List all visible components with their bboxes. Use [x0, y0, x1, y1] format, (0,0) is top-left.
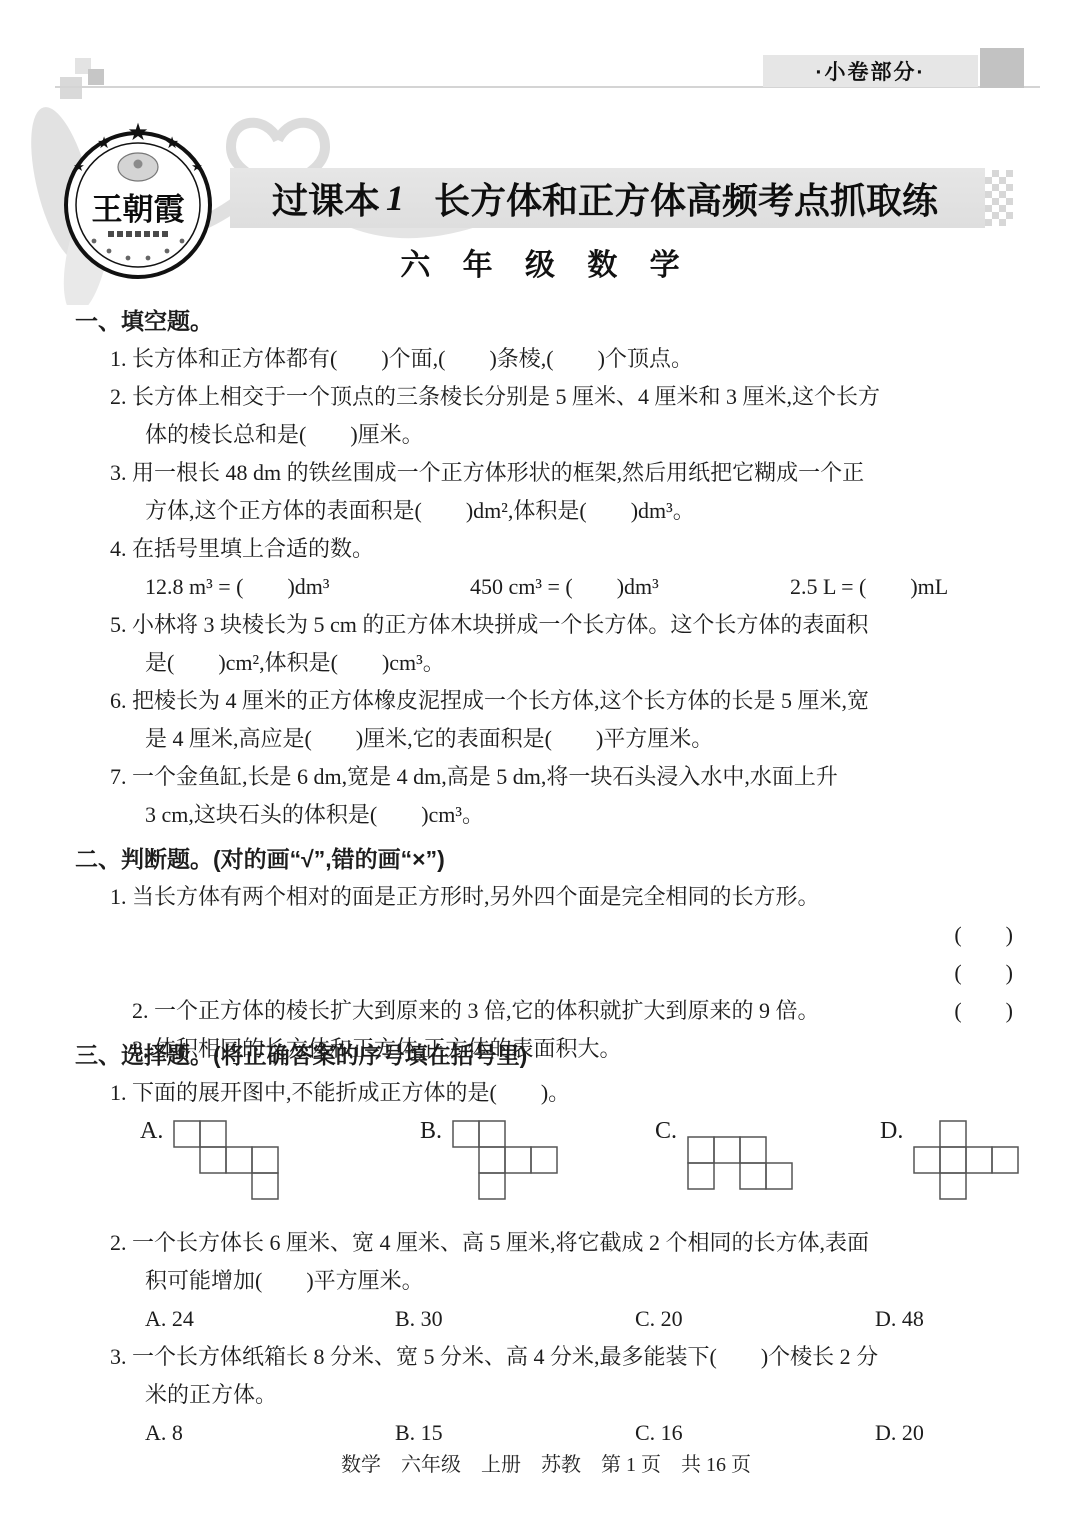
- corner-square-icon: [88, 69, 104, 85]
- option-c: C. 20: [635, 1300, 875, 1338]
- seal-brand-text: 王朝霞: [92, 192, 185, 227]
- question-line: 2. 一个长方体长 6 厘米、宽 4 厘米、高 5 厘米,将它截成 2 个相同的…: [75, 1224, 1025, 1262]
- conversion-blank: 450 cm³ = ( )dm³: [470, 568, 790, 606]
- seal-star-icon: ★: [73, 159, 85, 174]
- section-heading-true-false: 二、判断题。(对的画“√”,错的画“×”): [75, 840, 1025, 878]
- seal-star-icon: ★: [165, 135, 179, 152]
- question-line: 2. 长方体上相交于一个顶点的三条棱长分别是 5 厘米、4 厘米和 3 厘米,这…: [75, 378, 1025, 416]
- question-line: 1. 当长方体有两个相对的面是正方形时,另外四个面是完全相同的长方形。: [75, 878, 1025, 916]
- question-line: 是 4 厘米,高应是( )厘米,它的表面积是( )平方厘米。: [75, 720, 1025, 758]
- cube-net-icon: [687, 1120, 793, 1202]
- worksheet-body: 一、填空题。 1. 长方体和正方体都有( )个面,( )条棱,( )个顶点。 2…: [75, 296, 1025, 1452]
- options-row: A. 8 B. 15 C. 16 D. 20: [75, 1414, 1025, 1452]
- option-a: A. 8: [145, 1414, 395, 1452]
- seal-star-icon: ★: [191, 159, 203, 174]
- question-line: 4. 在括号里填上合适的数。: [75, 530, 1025, 568]
- cube-net-diagrams: A. B. C. D.: [75, 1112, 1025, 1224]
- page-title: 长方体和正方体高频考点抓取练: [434, 173, 938, 224]
- option-b: B. 30: [395, 1300, 635, 1338]
- halftone-pattern-icon: [985, 170, 1013, 226]
- title-number: 1: [386, 177, 404, 219]
- brand-seal-icon: ★ ★ ★ ★ ★ 王朝霞: [52, 108, 224, 298]
- net-option-a: A.: [140, 1116, 279, 1202]
- net-label: D.: [880, 1116, 903, 1146]
- option-b: B. 15: [395, 1414, 635, 1452]
- question-line: 方体,这个正方体的表面积是( )dm²,体积是( )dm³。: [75, 492, 1025, 530]
- conversion-blank: 2.5 L = ( )mL: [790, 568, 948, 606]
- question-line: 3 cm,这块石头的体积是( )cm³。: [75, 796, 1025, 834]
- question-line: 1. 下面的展开图中,不能折成正方体的是( )。: [75, 1074, 1025, 1112]
- net-option-b: B.: [420, 1116, 558, 1202]
- section-heading-multiple-choice: 三、选择题。(将正确答案的序号填在括号里): [75, 1036, 1025, 1074]
- net-label: A.: [140, 1116, 163, 1146]
- answer-paren: ( ): [954, 992, 1013, 1030]
- question-line: 是( )cm²,体积是( )cm³。: [75, 644, 1025, 682]
- unit-conversion-row: 12.8 m³ = ( )dm³ 450 cm³ = ( )dm³ 2.5 L …: [75, 568, 1025, 606]
- question-line: 3. 用一根长 48 dm 的铁丝围成一个正方体形状的框架,然后用纸把它糊成一个…: [75, 454, 1025, 492]
- title-bar: 过课本1长方体和正方体高频考点抓取练: [230, 168, 985, 228]
- question-line: 米的正方体。: [75, 1376, 1025, 1414]
- option-a: A. 24: [145, 1300, 395, 1338]
- question-line: 3. 一个长方体纸箱长 8 分米、宽 5 分米、高 4 分米,最多能装下( )个…: [75, 1338, 1025, 1376]
- conversion-blank: 12.8 m³ = ( )dm³: [145, 568, 470, 606]
- corner-box-accent: [980, 48, 1024, 88]
- seal-star-icon: ★: [127, 120, 149, 146]
- question-line: 1. 长方体和正方体都有( )个面,( )条棱,( )个顶点。: [75, 340, 1025, 378]
- question-line: 体的棱长总和是( )厘米。: [75, 416, 1025, 454]
- option-c: C. 16: [635, 1414, 875, 1452]
- seal-star-icon: ★: [97, 135, 111, 152]
- option-d: D. 48: [875, 1300, 924, 1338]
- section-part-label: ·小卷部分·: [763, 55, 978, 87]
- page-footer: 数学 六年级 上册 苏教 第 1 页 共 16 页: [0, 1448, 1092, 1477]
- question-line: 2. 一个正方体的棱长扩大到原来的 3 倍,它的体积就扩大到原来的 9 倍。 (…: [75, 954, 1025, 992]
- question-line: 5. 小林将 3 块棱长为 5 cm 的正方体木块拼成一个长方体。这个长方体的表…: [75, 606, 1025, 644]
- options-row: A. 24 B. 30 C. 20 D. 48: [75, 1300, 1025, 1338]
- section-heading-fill-blanks: 一、填空题。: [75, 302, 1025, 340]
- question-line: 7. 一个金鱼缸,长是 6 dm,宽是 4 dm,高是 5 dm,将一块石头浸入…: [75, 758, 1025, 796]
- net-label: B.: [420, 1116, 442, 1146]
- question-line: 3. 体积相同的长方体和正方体,正方体的表面积大。 ( ): [75, 992, 1025, 1030]
- cube-net-icon: [173, 1120, 279, 1202]
- title-prefix: 过课本: [272, 173, 380, 224]
- net-label: C.: [655, 1116, 677, 1146]
- question-line: 积可能增加( )平方厘米。: [75, 1262, 1025, 1300]
- option-d: D. 20: [875, 1414, 924, 1452]
- question-line: 6. 把棱长为 4 厘米的正方体橡皮泥捏成一个长方体,这个长方体的长是 5 厘米…: [75, 682, 1025, 720]
- cube-net-icon: [913, 1120, 1019, 1202]
- answer-paren: ( ): [75, 916, 1025, 954]
- answer-paren: ( ): [954, 954, 1013, 992]
- cube-net-icon: [452, 1120, 558, 1202]
- net-option-c: C.: [655, 1116, 793, 1202]
- net-option-d: D.: [880, 1116, 1019, 1202]
